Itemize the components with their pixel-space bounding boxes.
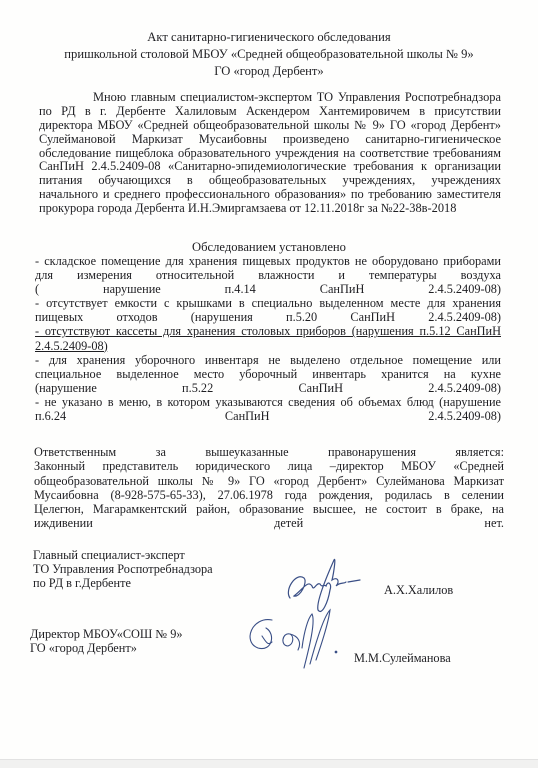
responsible-line: Мусаибовна (8-928-575-65-33), 27.06.1978… xyxy=(34,488,504,502)
signatory-1-position-line: Главный специалист-эксперт xyxy=(33,548,213,562)
signatory-1-position-line: по РД в г.Дербенте xyxy=(33,576,213,590)
signatory-1-position: Главный специалист-эксперт ТО Управления… xyxy=(33,548,213,591)
intro-line: начального и среднего профессионального … xyxy=(39,188,501,202)
intro-line: по РД в г. Дербенте Халиловым Аскендером… xyxy=(39,105,501,119)
finding-line: - не указано в меню, в котором указывают… xyxy=(35,395,501,409)
title-line-2: пришкольной столовой МБОУ «Средней общео… xyxy=(0,46,538,63)
signature-suleymanova-icon xyxy=(232,602,347,672)
intro-line: питания обучающихся в общеобразовательны… xyxy=(39,174,501,188)
intro-line: Мною главным специалистом-экспертом ТО У… xyxy=(39,91,501,105)
finding-line-underlined: 2.4.5.2409-08) xyxy=(35,339,501,353)
responsible-line: Целегюн, Магарамкентский район, образова… xyxy=(34,502,504,516)
signatory-2-name: М.М.Сулейманова xyxy=(354,651,451,666)
finding-line: ( нарушение п.4.14 СанПиН 2.4.5.2409-08) xyxy=(35,282,501,296)
document-title: Акт санитарно-гигиенического обследовани… xyxy=(0,29,538,80)
document-page: Акт санитарно-гигиенического обследовани… xyxy=(0,0,538,768)
finding-line: (нарушение п.5.22 СанПиН 2.4.5.2409-08) xyxy=(35,381,501,395)
responsible-line: общеобразовательной школы № 9» ГО «город… xyxy=(34,474,504,488)
intro-line: прокурора города Дербента И.Н.Эмиргамзае… xyxy=(39,202,501,216)
signatory-1-name: А.Х.Халилов xyxy=(384,583,453,598)
findings-heading: Обследованием установлено xyxy=(0,240,538,254)
intro-line: Сулеймановой Маркизат Мусаибовны произве… xyxy=(39,133,501,147)
finding-line: - отсутствует емкости с крышками в специ… xyxy=(35,296,501,310)
signatory-2-position-line: ГО «город Дербент» xyxy=(30,641,183,655)
responsible-line: Ответственным за вышеуказанные правонару… xyxy=(34,445,504,459)
finding-line: - складское помещение для хранения пищев… xyxy=(35,254,501,268)
finding-line-underlined: - отсутствуют кассеты для хранения столо… xyxy=(35,324,501,338)
finding-line: п.6.24 СанПиН 2.4.5.2409-08) xyxy=(35,409,501,423)
signatory-2-position: Директор МБОУ«СОШ № 9» ГО «город Дербент… xyxy=(30,627,183,655)
intro-line: СанПиН 2.4.5.2409-08 «Санитарно-эпидемио… xyxy=(39,160,501,174)
page-bottom-edge xyxy=(0,759,538,768)
finding-line: для измерения относительной влажности и … xyxy=(35,268,501,282)
finding-line: специальное выделенное место уборочный и… xyxy=(35,367,501,381)
signatory-1-position-line: ТО Управления Роспотребнадзора xyxy=(33,562,213,576)
intro-paragraph: Мною главным специалистом-экспертом ТО У… xyxy=(39,91,501,216)
responsible-line: иждивении детей нет. xyxy=(34,516,504,530)
responsible-paragraph: Ответственным за вышеуказанные правонару… xyxy=(34,445,504,531)
finding-line: пищевых отходов (нарушения п.5.20 СанПиН… xyxy=(35,310,501,324)
title-line-3: ГО «город Дербент» xyxy=(0,63,538,80)
title-line-1: Акт санитарно-гигиенического обследовани… xyxy=(0,29,538,46)
signatory-2-position-line: Директор МБОУ«СОШ № 9» xyxy=(30,627,183,641)
finding-line: - для хранения уборочного инвентаря не в… xyxy=(35,353,501,367)
intro-line: обследование пищеблока образовательного … xyxy=(39,147,501,161)
findings-list: - складское помещение для хранения пищев… xyxy=(35,254,501,423)
responsible-line: Законный представитель юридического лица… xyxy=(34,459,504,473)
intro-line: директора МБОУ «Средней общеобразователь… xyxy=(39,119,501,133)
